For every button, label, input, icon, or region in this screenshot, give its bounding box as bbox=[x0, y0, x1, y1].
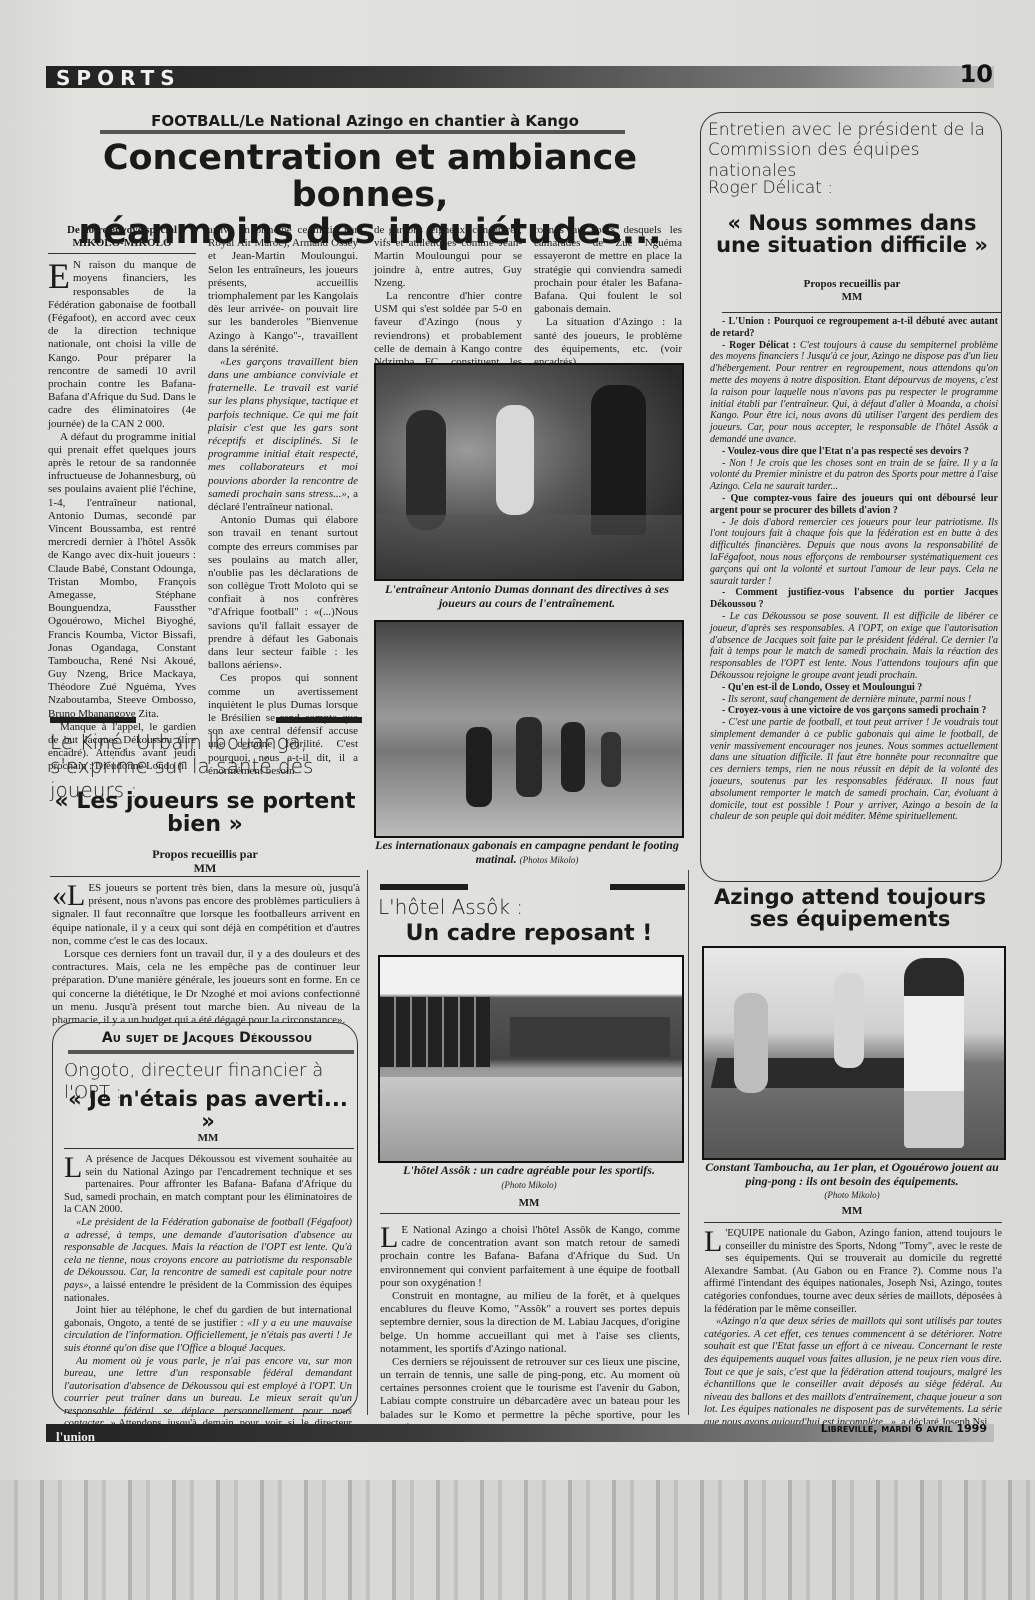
hotel-photo-credit: (Photo Mikolo) bbox=[378, 1180, 680, 1190]
photo-figure bbox=[601, 732, 621, 787]
section-rule bbox=[380, 884, 468, 890]
paragraph: Lorsque ces derniers font un travail dur… bbox=[52, 948, 360, 1027]
photo-1-caption: L'entraîneur Antonio Dumas donnant des d… bbox=[374, 582, 680, 611]
qa-item: - L'Union : Pourquoi ce regroupement a-t… bbox=[710, 316, 998, 446]
paragraph: ES joueurs se portent très bien, dans la… bbox=[52, 882, 360, 947]
answer-label: - Roger Délicat : bbox=[722, 340, 800, 351]
byline-rule bbox=[704, 1222, 1002, 1223]
interview-deck: Entretien avec le président de la Commis… bbox=[708, 120, 998, 181]
answer: - C'est une partie de football, et tout … bbox=[710, 717, 998, 823]
byline-line: Propos recueillis par bbox=[702, 278, 1002, 291]
photo-figure bbox=[591, 385, 646, 535]
dekoussou-kicker: Au sujet de Jacques Dékoussou bbox=[62, 1030, 352, 1046]
section-label: SPORTS bbox=[56, 66, 181, 90]
hotel-photo-caption: L'hôtel Assôk : un cadre agréable pour l… bbox=[378, 1163, 680, 1177]
photo-credit: (Photos Mikolo) bbox=[520, 855, 579, 865]
section-header-bar bbox=[46, 66, 994, 88]
paragraph: La situation d'Azingo : la santé des jou… bbox=[534, 316, 682, 369]
section-rule bbox=[276, 717, 362, 723]
photo-hotel-assok bbox=[378, 955, 684, 1163]
paragraph: 'EQUIPE nationale du Gabon, Azingo fanio… bbox=[704, 1228, 1002, 1315]
interview-byline: Propos recueillis par MM bbox=[702, 278, 1002, 303]
hotel-headline: Un cadre reposant ! bbox=[374, 922, 684, 945]
question: - Voulez-vous dire que l'Etat n'a pas re… bbox=[710, 446, 998, 458]
dropcap: L bbox=[64, 1156, 82, 1180]
page-number: 10 bbox=[960, 60, 993, 88]
photo-figure bbox=[516, 717, 542, 797]
answer: C'est toujours à cause du sempiternel pr… bbox=[710, 340, 998, 445]
quote: «Azingo n'a que deux séries de maillots … bbox=[704, 1316, 1002, 1428]
photo-figure bbox=[734, 993, 768, 1093]
column-divider bbox=[688, 870, 689, 1415]
dateline: Libreville, mardi 6 avril 1999 bbox=[821, 1422, 987, 1435]
paragraph: de garçons teigneux, concentrés, vifs et… bbox=[374, 224, 522, 290]
main-column-4: rounds au cours desquels les camarades d… bbox=[534, 224, 682, 369]
photo-figure bbox=[561, 722, 585, 792]
paragraph: A défaut du programme initial qui prenai… bbox=[48, 431, 196, 721]
kicker-rule bbox=[100, 130, 625, 134]
paragraph: E National Azingo a choisi l'hôtel Assôk… bbox=[380, 1224, 680, 1289]
dropcap: L bbox=[704, 1230, 722, 1254]
byline-line: De notre envoyé spécial bbox=[48, 224, 196, 237]
equipment-photo-caption: Constant Tamboucha, au 1er plan, et Ogou… bbox=[702, 1160, 1002, 1189]
answer: - Je dois d'abord remercier ces joueurs … bbox=[710, 517, 998, 588]
paragraph: Construit en montagne, au milieu de la f… bbox=[380, 1290, 680, 1356]
interview-subject: Roger Délicat : bbox=[708, 178, 998, 198]
answer: - Ils seront, sauf changement de dernièr… bbox=[710, 694, 998, 706]
photo-figure bbox=[406, 410, 446, 530]
question: - Comment justifiez-vous l'absence du po… bbox=[710, 587, 998, 611]
hotel-byline: MM bbox=[378, 1197, 680, 1210]
question: - Qu'en est-il de Londo, Ossey et Moulou… bbox=[710, 682, 998, 694]
quote: «Les garçons travaillent bien dans une a… bbox=[208, 356, 358, 500]
main-column-1: De notre envoyé spécial MIKOLO-MIKOLO EN… bbox=[48, 224, 196, 774]
qa-item: - Voulez-vous dire que l'Etat n'a pas re… bbox=[710, 446, 998, 493]
kine-byline: Propos recueillis par MM bbox=[50, 848, 360, 876]
photo-ping-pong bbox=[702, 946, 1006, 1160]
masthead: l'union bbox=[56, 1429, 95, 1445]
paragraph: N raison du manque de moyens financiers,… bbox=[48, 259, 196, 429]
paragraph: A présence de Jacques Dékoussou est vive… bbox=[64, 1154, 352, 1215]
photo-figure bbox=[834, 973, 864, 1068]
newspaper-page: SPORTS 10 FOOTBALL/Le National Azingo en… bbox=[0, 0, 1035, 1600]
dekoussou-byline: MM bbox=[60, 1132, 356, 1145]
main-kicker: FOOTBALL/Le National Azingo en chantier … bbox=[70, 112, 660, 130]
dekoussou-body: LA présence de Jacques Dékoussou est viv… bbox=[64, 1154, 352, 1444]
dropcap: L bbox=[380, 1226, 398, 1250]
equipment-headline: Azingo attend toujours ses équipements bbox=[700, 886, 1000, 930]
interview-headline: « Nous sommes dans une situation diffici… bbox=[702, 212, 1002, 256]
byline-rule bbox=[380, 1213, 680, 1214]
main-column-2: arrive en principe ce matin par Royal Ai… bbox=[208, 224, 358, 778]
equipment-body: L'EQUIPE nationale du Gabon, Azingo fani… bbox=[704, 1228, 1002, 1430]
qa-item: - Que comptez-vous faire des joueurs qui… bbox=[710, 493, 998, 587]
main-body-col1: EN raison du manque de moyens financiers… bbox=[48, 259, 196, 773]
main-column-3: de garçons teigneux, concentrés, vifs et… bbox=[374, 224, 522, 382]
photo-coach-directives bbox=[374, 363, 684, 581]
section-rule bbox=[610, 884, 685, 890]
byline-rule bbox=[48, 253, 196, 254]
qa-item: - Croyez-vous à une victoire de vos garç… bbox=[710, 705, 998, 823]
qa-item: - Comment justifiez-vous l'absence du po… bbox=[710, 587, 998, 681]
answer: - Le cas Dékoussou se pose souvent. Il e… bbox=[710, 611, 998, 682]
hotel-body: LE National Azingo a choisi l'hôtel Assô… bbox=[380, 1224, 680, 1435]
byline-rule bbox=[50, 876, 360, 877]
photo-pool bbox=[380, 1077, 682, 1161]
byline-author: MM bbox=[50, 862, 360, 876]
kine-headline: « Les joueurs se portent bien » bbox=[50, 790, 360, 836]
equipment-byline: MM bbox=[702, 1205, 1002, 1218]
interview-body: - L'Union : Pourquoi ce regroupement a-t… bbox=[710, 316, 998, 823]
qa-item: - Qu'en est-il de Londo, Ossey et Moulou… bbox=[710, 682, 998, 706]
photo-building bbox=[510, 1017, 670, 1057]
dropcap: E bbox=[48, 261, 70, 291]
paragraph: Antonio Dumas qui élabore son travail en… bbox=[208, 514, 358, 672]
question: - Que comptez-vous faire des joueurs qui… bbox=[710, 493, 998, 517]
question: - Croyez-vous à une victoire de vos garç… bbox=[710, 705, 998, 717]
page-edge-shadow bbox=[0, 1480, 1035, 1600]
kine-body: «LES joueurs se portent très bien, dans … bbox=[52, 882, 360, 1027]
main-byline: De notre envoyé spécial MIKOLO-MIKOLO bbox=[48, 224, 196, 249]
photo-figure bbox=[466, 727, 492, 807]
photo-footing bbox=[374, 620, 684, 838]
answer: - Non ! Je crois que les choses sont en … bbox=[710, 458, 998, 493]
headline-line-1: Concentration et ambiance bonnes, bbox=[44, 140, 696, 214]
paragraph: arrive en principe ce matin par Royal Ai… bbox=[208, 224, 358, 356]
photo-ground bbox=[376, 515, 682, 579]
equipment-photo-credit: (Photo Mikolo) bbox=[702, 1190, 1002, 1200]
hotel-deck: L'hôtel Assôk : bbox=[378, 895, 678, 919]
photo-windows bbox=[380, 997, 490, 1067]
byline-line: Propos recueillis par bbox=[50, 848, 360, 862]
kicker-rule bbox=[68, 1050, 354, 1054]
photo-2-caption: Les internationaux gabonais en campagne … bbox=[374, 838, 680, 867]
dropcap: L bbox=[67, 879, 85, 912]
paragraph: rounds au cours desquels les camarades d… bbox=[534, 224, 682, 316]
dekoussou-headline: « Je n'étais pas averti... » bbox=[60, 1088, 356, 1132]
quote-attribution: , a laissé entendre le président de la C… bbox=[64, 1280, 352, 1304]
photo-figure bbox=[904, 958, 964, 1148]
question: - L'Union : Pourquoi ce regroupement a-t… bbox=[710, 316, 998, 340]
byline-rule bbox=[64, 1148, 354, 1149]
byline-rule bbox=[722, 312, 1002, 313]
byline-author: MIKOLO-MIKOLO bbox=[48, 237, 196, 250]
photo-figure bbox=[496, 405, 534, 515]
byline-author: MM bbox=[702, 291, 1002, 304]
section-rule bbox=[50, 717, 136, 723]
column-divider bbox=[367, 870, 368, 1415]
